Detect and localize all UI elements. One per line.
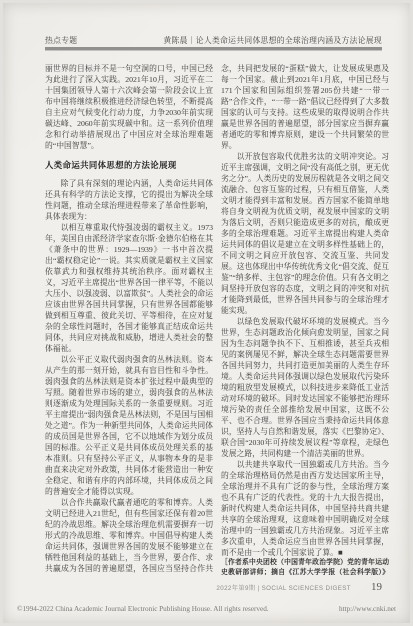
left-column: 丽世界的目标并不是一句空洞的口号，中国已经为此进行了深入实践。2021年10月，… [45, 63, 213, 575]
paragraph: 以共建共享取代一国独霸或几方共治。当今的全球治理格局仍然是由西方发达国家所主导，… [221, 459, 389, 558]
paragraph: 以合作共赢取代赢者通吃的零和博弈。人类文明已经进入21世纪，但有些国家还保有着2… [45, 497, 213, 575]
paragraph: 丽世界的目标并不是一句空洞的口号，中国已经为此进行了深入实践。2021年10月，… [45, 63, 213, 151]
copyright-line: ©1994-2022 China Academic Journal Electr… [17, 605, 396, 613]
scanned-journal-page: 热点专题 黄陈晨｜论人类命运共同体思想的全球治理内涵及方法论展现 丽世界的目标并… [3, 3, 410, 623]
paragraph: 以开放包容取代优胜劣汰的文明冲突论。习近平主席强调，文明之间“没有高低之别，更无… [221, 151, 389, 316]
section-heading: 人类命运共同体思想的方法论展现 [45, 160, 213, 171]
right-column: 念，共同把发展的“蛋糕”做大，让发展成果惠及每一个国家。截止到2021年1月底，… [221, 63, 389, 575]
paragraph: 以相互尊重取代恃强凌弱的霸权主义。1973年，美国自由派经济学家查尔斯·金德尔伯… [45, 222, 213, 354]
section-label: 热点专题 [45, 35, 77, 46]
copyright-url: http://www.cnki.net [339, 605, 396, 613]
page-header: 热点专题 黄陈晨｜论人类命运共同体思想的全球治理内涵及方法论展现 [45, 35, 382, 46]
journal-issue-label: 2022年第9期 | SOCIAL SCIENCES DIGEST [216, 583, 351, 592]
copyright-text: ©1994-2022 China Academic Journal Electr… [17, 605, 269, 613]
article-body: 丽世界的目标并不是一句空洞的口号，中国已经为此进行了深入实践。2021年10月，… [45, 63, 389, 575]
page-number: 19 [371, 581, 382, 593]
header-rule [45, 47, 382, 51]
paragraph: 以公平正义取代弱肉强食的丛林法则。资本从产生的那一刻开始，就具有盲目性和斗争性。… [45, 354, 213, 497]
paragraph: 念，共同把发展的“蛋糕”做大，让发展成果惠及每一个国家。截止到2021年1月底，… [221, 63, 389, 151]
author-attribution: ［作者系中央团校（中国青年政治学院）党的青年运动史教研部讲师；摘自《江苏大学学报… [221, 558, 389, 575]
paragraph: 以绿色发展取代破坏环境的发展模式。当今世界，生态问题政治化倾向愈发明显，国家之间… [221, 316, 389, 459]
page-footer: 2022年第9期 | SOCIAL SCIENCES DIGEST 19 [216, 581, 382, 593]
paragraph: 除了具有深刻的理论内涵，人类命运共同体还具有科学的方法论支撑，它的提出为解决全球… [45, 178, 213, 222]
running-title: 黄陈晨｜论人类命运共同体思想的全球治理内涵及方法论展现 [163, 35, 382, 46]
